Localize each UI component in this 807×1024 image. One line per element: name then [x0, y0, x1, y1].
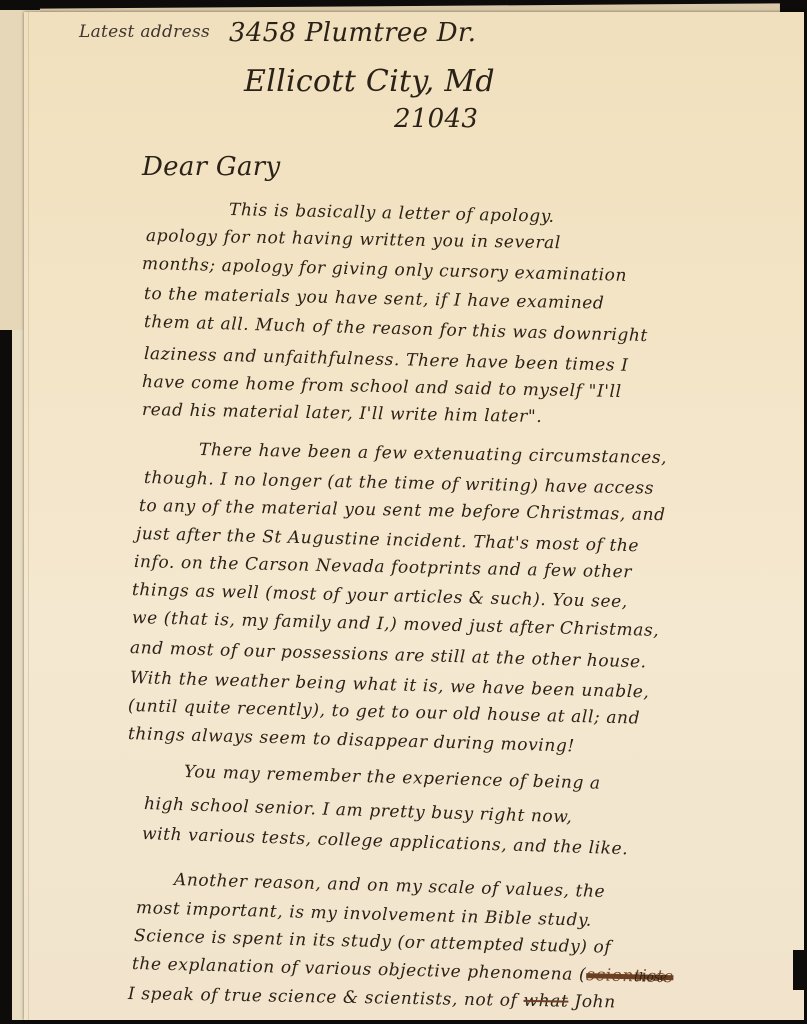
salutation: Dear Gary [142, 152, 281, 182]
letter-line: months; apology for giving only cursory … [142, 254, 628, 286]
address-note: Latest address [79, 22, 210, 42]
letter-line: and most of our possessions are still at… [130, 638, 647, 672]
letter-line-text: the explanation of various objective phe… [132, 954, 587, 985]
page-corner-shadow [793, 950, 807, 990]
letter-line: I speak of true science & scientists, no… [128, 984, 616, 1013]
letter-line: Science is spent in its study (or attemp… [134, 926, 612, 958]
letter-line: the explanation of various objective phe… [132, 954, 674, 987]
letter-line: apology for not having written you in se… [146, 226, 561, 253]
letter-page: Latest address 3458 Plumtree Dr. Ellicot… [24, 12, 804, 1020]
letter-line-text: I speak of true science & scientists, no… [128, 984, 518, 1011]
letter-line: we (that is, my family and I,) moved jus… [132, 608, 660, 641]
letter-line: (until quite recently), to get to our ol… [128, 696, 641, 729]
photo-scene: Latest address 3458 Plumtree Dr. Ellicot… [0, 0, 807, 1024]
letter-line: have come home from school and said to m… [142, 372, 622, 402]
address-zip: 21043 [394, 104, 478, 134]
letter-line: There have been a few extenuating circum… [199, 440, 667, 468]
letter-line: info. on the Carson Nevada footprints an… [134, 552, 632, 582]
letter-line: with various tests, college applications… [142, 824, 629, 859]
letter-line: to the materials you have sent, if I hav… [144, 284, 605, 314]
letter-line: high school senior. I am pretty busy rig… [144, 794, 573, 827]
letter-line: things as well (most of your articles & … [132, 580, 628, 612]
letter-line: This is basically a letter of apology. [229, 200, 555, 227]
address-city-state: Ellicott City, Md [244, 64, 495, 99]
letter-line: just after the St Augustine incident. Th… [136, 524, 640, 556]
letter-line-trailing: John [574, 992, 616, 1013]
letter-line: Another reason, and on my scale of value… [174, 870, 606, 902]
inserted-word: those [634, 970, 667, 984]
letter-line: most important, is my involvement in Bib… [136, 898, 592, 931]
letter-line: laziness and unfaithfulness. There have … [144, 344, 629, 376]
letter-line: them at all. Much of the reason for this… [144, 312, 648, 346]
letter-line: to any of the material you sent me befor… [139, 496, 666, 525]
letter-line: read his material later, I'll write him … [142, 400, 543, 427]
struck-word: what [523, 991, 568, 1012]
address-street: 3458 Plumtree Dr. [229, 18, 476, 48]
letter-line: You may remember the experience of being… [184, 762, 601, 794]
letter-line: things always seem to disappear during m… [128, 724, 575, 756]
letter-line: though. I no longer (at the time of writ… [144, 468, 654, 499]
